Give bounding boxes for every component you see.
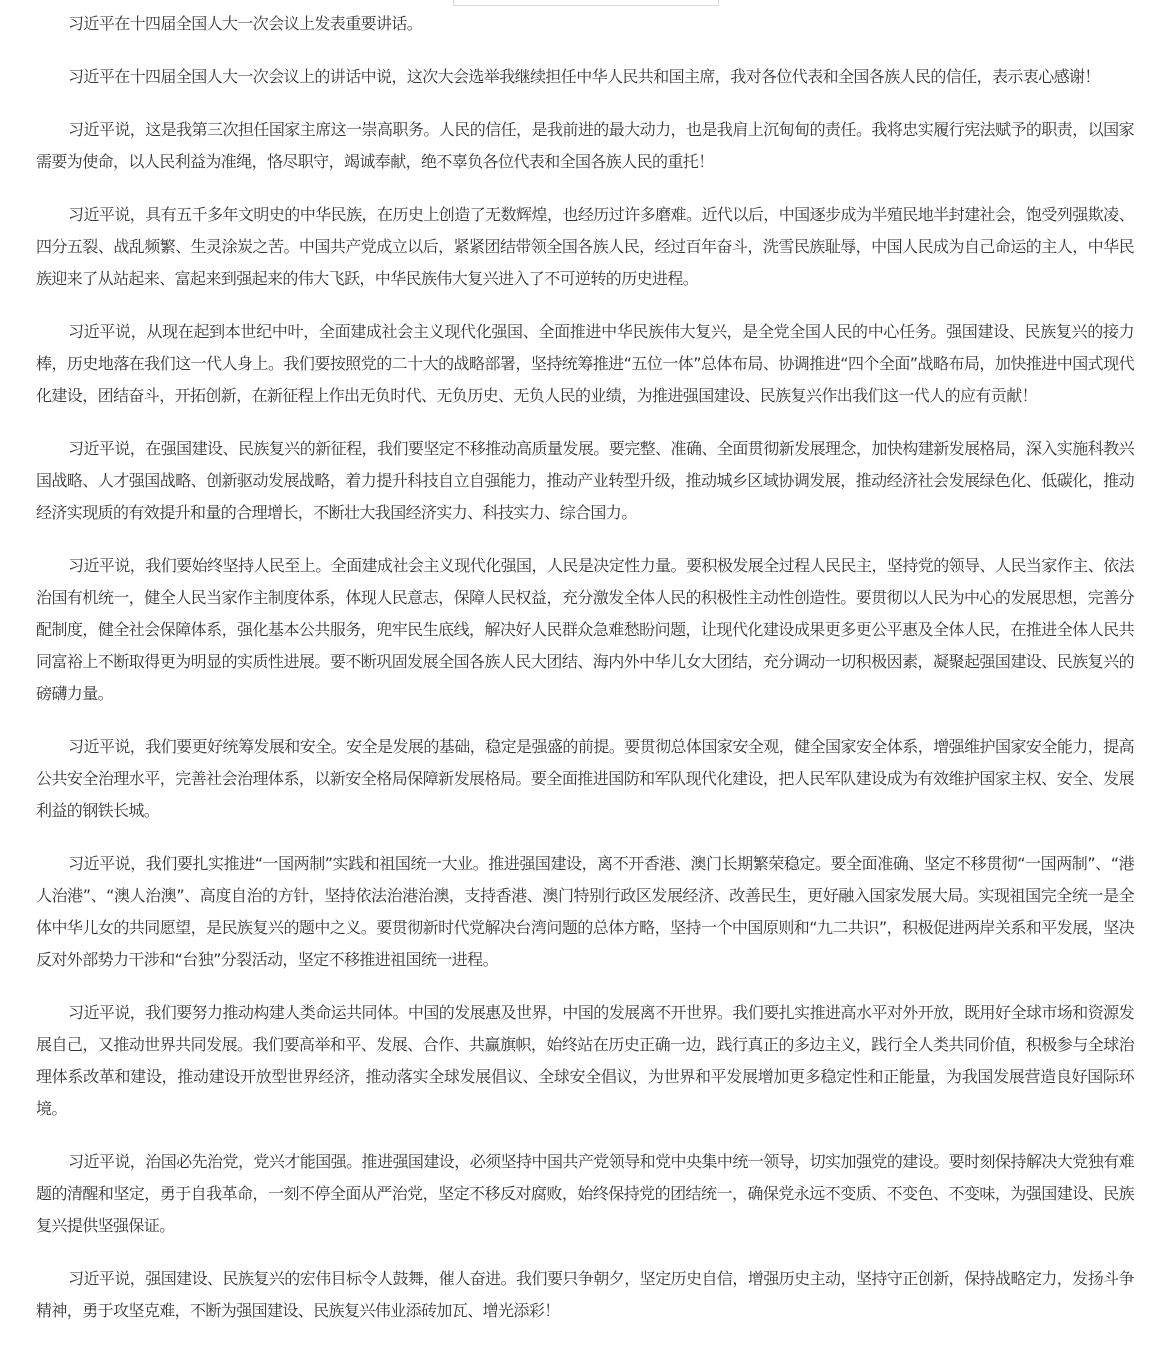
paragraph: 习近平说，我们要更好统筹发展和安全。安全是发展的基础，稳定是强盛的前提。要贯彻总… <box>36 731 1134 827</box>
paragraph: 习近平说，具有五千多年文明史的中华民族，在历史上创造了无数辉煌，也经历过许多磨难… <box>36 199 1134 295</box>
paragraph: 习近平在十四届全国人大一次会议上的讲话中说，这次大会选举我继续担任中华人民共和国… <box>36 61 1134 93</box>
paragraph: 习近平说，我们要始终坚持人民至上。全面建成社会主义现代化强国，人民是决定性力量。… <box>36 550 1134 710</box>
paragraph: 习近平说，我们要努力推动构建人类命运共同体。中国的发展惠及世界，中国的发展离不开… <box>36 997 1134 1125</box>
article-body: 习近平在十四届全国人大一次会议上发表重要讲话。 习近平在十四届全国人大一次会议上… <box>36 8 1134 1345</box>
top-frame-box <box>453 0 719 6</box>
paragraph: 习近平说，从现在起到本世纪中叶，全面建成社会主义现代化强国、全面推进中华民族伟大… <box>36 316 1134 412</box>
paragraph: 习近平说，在强国建设、民族复兴的新征程，我们要坚定不移推动高质量发展。要完整、准… <box>36 433 1134 529</box>
paragraph-lead: 习近平在十四届全国人大一次会议上发表重要讲话。 <box>36 8 1134 40</box>
paragraph: 习近平说，治国必先治党，党兴才能国强。推进强国建设，必须坚持中国共产党领导和党中… <box>36 1146 1134 1242</box>
paragraph: 习近平说，这是我第三次担任国家主席这一崇高职务。人民的信任，是我前进的最大动力，… <box>36 114 1134 178</box>
paragraph: 习近平说，我们要扎实推进“一国两制”实践和祖国统一大业。推进强国建设，离不开香港… <box>36 848 1134 976</box>
paragraph-closing: 习近平说，强国建设、民族复兴的宏伟目标令人鼓舞，催人奋进。我们要只争朝夕，坚定历… <box>36 1263 1134 1327</box>
